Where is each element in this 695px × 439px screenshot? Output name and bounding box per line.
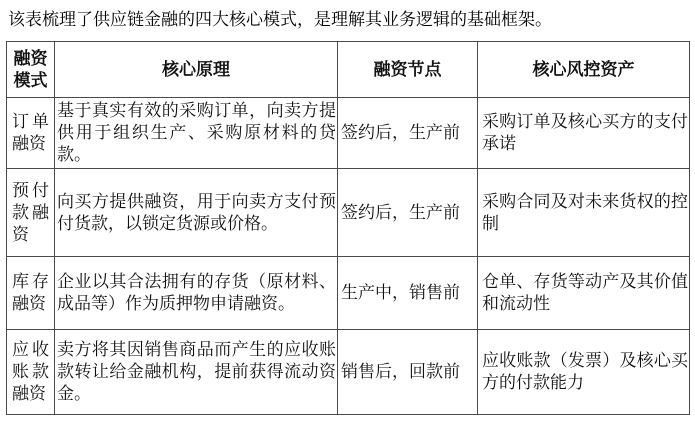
table-row-prepayment-financing: 预付款融资 向买方提供融资，用于向卖方支付预付货款，以锁定货源或价格。 签约后，… [7, 169, 690, 257]
cell-principle: 卖方将其因销售商品而产生的应收账款转让给金融机构，提前获得流动资金。 [55, 330, 338, 415]
cell-node: 销售后，回款前 [338, 330, 478, 415]
cell-mode: 预付款融资 [7, 169, 55, 257]
cell-asset: 采购订单及核心买方的支付承诺 [478, 98, 690, 169]
header-risk-asset: 核心风控资产 [478, 42, 690, 98]
cell-principle: 基于真实有效的采购订单，向卖方提供用于组织生产、采购原材料的贷款。 [55, 98, 338, 169]
cell-principle: 向买方提供融资，用于向卖方支付预付货款，以锁定货源或价格。 [55, 169, 338, 257]
finance-modes-table: 融资模式 核心原理 融资节点 核心风控资产 订单融资 基于真实有效的采购订单，向… [6, 41, 690, 415]
cell-principle: 企业以其合法拥有的存货（原材料、成品等）作为质押物申请融资。 [55, 257, 338, 330]
table-caption: 该表梳理了供应链金融的四大核心模式，是理解其业务逻辑的基础框架。 [0, 0, 695, 32]
cell-node: 生产中，销售前 [338, 257, 478, 330]
header-financing-mode: 融资模式 [7, 42, 55, 98]
header-core-principle: 核心原理 [55, 42, 338, 98]
header-financing-node: 融资节点 [338, 42, 478, 98]
cell-asset: 仓单、存货等动产及其价值和流动性 [478, 257, 690, 330]
table-row-receivables-financing: 应收账款融资 卖方将其因销售商品而产生的应收账款转让给金融机构，提前获得流动资金… [7, 330, 690, 415]
document-page: 该表梳理了供应链金融的四大核心模式，是理解其业务逻辑的基础框架。 融资模式 核心… [0, 0, 695, 439]
cell-mode: 应收账款融资 [7, 330, 55, 415]
cell-mode: 订单融资 [7, 98, 55, 169]
table-header-row: 融资模式 核心原理 融资节点 核心风控资产 [7, 42, 690, 98]
cell-asset: 采购合同及对未来货权的控制 [478, 169, 690, 257]
cell-node: 签约后，生产前 [338, 169, 478, 257]
cell-node: 签约后，生产前 [338, 98, 478, 169]
cell-asset: 应收账款（发票）及核心买方的付款能力 [478, 330, 690, 415]
table-row-inventory-financing: 库存融资 企业以其合法拥有的存货（原材料、成品等）作为质押物申请融资。 生产中，… [7, 257, 690, 330]
table-row-order-financing: 订单融资 基于真实有效的采购订单，向卖方提供用于组织生产、采购原材料的贷款。 签… [7, 98, 690, 169]
cell-mode: 库存融资 [7, 257, 55, 330]
